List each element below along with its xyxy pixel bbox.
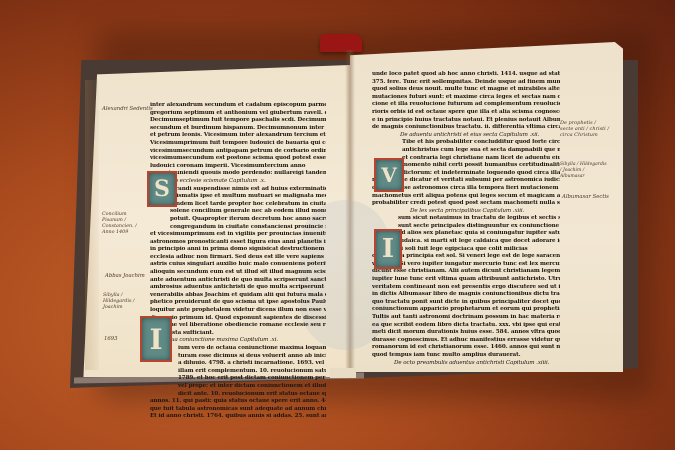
- text-line: illam erit complementum. 10. reuolucionu…: [150, 368, 326, 376]
- text-line: loquitur ante prophetalem videtur dicens…: [150, 307, 326, 315]
- text-line: vicesimumsecundum antipapam petrum de co…: [150, 148, 326, 156]
- text-line: machometus erit aliqua potens qui leges …: [372, 193, 560, 201]
- text-line: rioris orbis id est octaue spere que ill…: [372, 109, 560, 117]
- illuminated-initial-v: V: [374, 158, 404, 192]
- text-line: phetico preuiderunt de quo scisma ut ips…: [150, 299, 326, 307]
- text-line: quod tempus iam tunc multo amplius durau…: [372, 352, 560, 360]
- text-line: Tibe et his probabiliter concludditur qu…: [372, 139, 560, 147]
- right-page-text: unde loco patet quod ab hoc anno christi…: [372, 71, 560, 367]
- text-line: turam esse dicimus si deus voluerit anno…: [150, 353, 326, 361]
- text-line: 1789. et hoc erit post dictam coniunctio…: [150, 375, 326, 383]
- photo-scene: inter alexandrum secundum et cadalum epi…: [0, 0, 675, 450]
- spine-page-edges: [330, 368, 356, 378]
- text-line: meti dicit morum durationis huius esse. …: [372, 329, 560, 337]
- text-line: iupiter lune tunc erit vltima quam attri…: [372, 276, 560, 284]
- text-line: Tultis aut tanti astronomi doctrinam pos…: [372, 314, 560, 322]
- illuminated-initial-i: I: [140, 316, 172, 362]
- text-line: inter alexandrum secundum et cadalum epi…: [150, 102, 326, 110]
- text-line: ea que scribit eodem libro dicta tractat…: [372, 322, 560, 330]
- chapter-heading: De octo preambulis aduentus antichristi …: [372, 360, 560, 368]
- text-line: de his ista sufficiant.: [150, 330, 326, 338]
- marginal-note: Sibylla / Hildegardis / Joachim: [103, 293, 143, 311]
- text-line: ium vero de octaua coniunctione maxima l…: [150, 345, 326, 353]
- marginal-note: Concilium Pisanum / Constancien. / Anno …: [102, 212, 144, 236]
- text-line: durasse cognoscimus. Et adhuc manifestiu…: [372, 337, 560, 345]
- text-line: annos. 11. qui pasti: quia status octaue…: [150, 398, 326, 406]
- text-line: e in principio huius tractatus notaui. E…: [372, 117, 560, 125]
- text-line: in dictis Albumasar libro de magnis coni…: [372, 291, 560, 299]
- text-line: ludouici coronam imperii. Vicesimumterci…: [150, 163, 326, 171]
- text-line: secundum et burdinum hispanum. Decimumno…: [150, 125, 326, 133]
- text-line: cione et illa reuolucione futurum ad com…: [372, 101, 560, 109]
- text-line: Et id anno christi. 1764. quibus annis s…: [150, 413, 326, 421]
- text-line: vel prope: et inter dictam coniunctionem…: [150, 383, 326, 391]
- text-line: astris cuius singulari auxilio huic malo…: [150, 261, 326, 269]
- text-line: veritatem contineant non est presentis e…: [372, 284, 560, 292]
- page-stain: [85, 80, 99, 370]
- text-line: quo tractatu ponit sunt dicte in quibus …: [372, 299, 560, 307]
- illuminated-initial-s: S: [147, 171, 177, 207]
- marginal-note: De prophetis / secte anti / christi / ci…: [560, 120, 610, 138]
- text-line: Decimumseptimum fuit tempore paschalis s…: [150, 117, 326, 125]
- text-line: probabiliter credi potest quod post sect…: [372, 200, 560, 208]
- bookmark-ribbon: [320, 34, 362, 52]
- text-line: divisione vel liberatione obediencie rom…: [150, 322, 326, 330]
- left-page-text: inter alexandrum secundum et cadalum epi…: [150, 102, 326, 421]
- text-line: a diluuio. 4798. a christi incarnatione.…: [150, 360, 326, 368]
- text-line: que fuit tabula astronomicas sunt adequa…: [150, 406, 326, 414]
- text-line: mutaciones futuri sunt: et maxime circa …: [372, 94, 560, 102]
- text-line: coniunctionum apparicio prophetarum et e…: [372, 306, 560, 314]
- text-line: sum sicut notauimus in tractatu de legib…: [372, 215, 560, 223]
- text-line: romanorum id est christianorum esse. 146…: [372, 344, 560, 352]
- text-line: astronomos pronosticanti esset figura ei…: [150, 239, 326, 247]
- text-line: et vicesimumprimum est in vigiliis per p…: [150, 231, 326, 239]
- text-line: quod solius deus nouit. multe tunc et ma…: [372, 86, 560, 94]
- text-line: ecclesia adhuc non firmari. Sed deus est…: [150, 254, 326, 262]
- text-line: congregandum in ciuitate constanciensi p…: [150, 224, 326, 232]
- chapter-heading: De aduentu antichristi et eius secta Cap…: [372, 132, 560, 140]
- marginal-note: 1693: [104, 336, 117, 342]
- text-line: discessio primum id. Quod exponunt sapie…: [150, 315, 326, 323]
- text-line: vicesimumsecundum est postone scisma quo…: [150, 155, 326, 163]
- text-line: dicunt esse christianam. Alii autem dicu…: [372, 268, 560, 276]
- text-line: dicit ante. 10. reuolucionum erit status…: [150, 391, 326, 399]
- text-line: Vicesimumprimum fuit tempore ludouici de…: [150, 140, 326, 148]
- text-line: alioquin secundum eum est ut illud sit i…: [150, 269, 326, 277]
- marginal-note: Sibylla / Hildegardis / Joachim / Albuma…: [560, 162, 608, 180]
- text-line: in principio anni in prima domo signisic…: [150, 246, 326, 254]
- text-line: venerabilis abbas Joachim et quidam alii…: [150, 292, 326, 300]
- chapter-heading: De lex secta principalibus Capitulum .xi…: [372, 208, 560, 216]
- text-line: ante aduentum antichristi de quo multa s…: [150, 277, 326, 285]
- chapter-heading: De octaua coniunctione maxima Capitulum …: [150, 337, 326, 345]
- text-line: solene concilium generale nec ab eodem i…: [150, 208, 326, 216]
- illuminated-initial-i: I: [374, 229, 402, 269]
- text-line: de magnis coniunctionibus tractatu. ii. …: [372, 124, 560, 132]
- text-line: ambrosius aduentus antichristi de quo mu…: [150, 284, 326, 292]
- marginal-note: Alexandri Sedentis: [102, 106, 153, 112]
- marginal-note: Abbas Joachim: [105, 273, 145, 279]
- text-line: antichristus cum lege sua et secta dampn…: [372, 147, 560, 155]
- text-line: et petrum leonis. Vicesimum inter alexan…: [150, 132, 326, 140]
- marginal-note: Albumasar Sectis: [562, 194, 609, 200]
- text-line: gregorium septimum et anthonium vel giub…: [150, 110, 326, 118]
- text-line: 375. fere. Tunc erit sollempnitas. Deind…: [372, 79, 560, 87]
- text-line: potuit. Quapropter iterum decretum hoc a…: [150, 216, 326, 224]
- text-line: unde loco patet quod ab hoc anno christi…: [372, 71, 560, 79]
